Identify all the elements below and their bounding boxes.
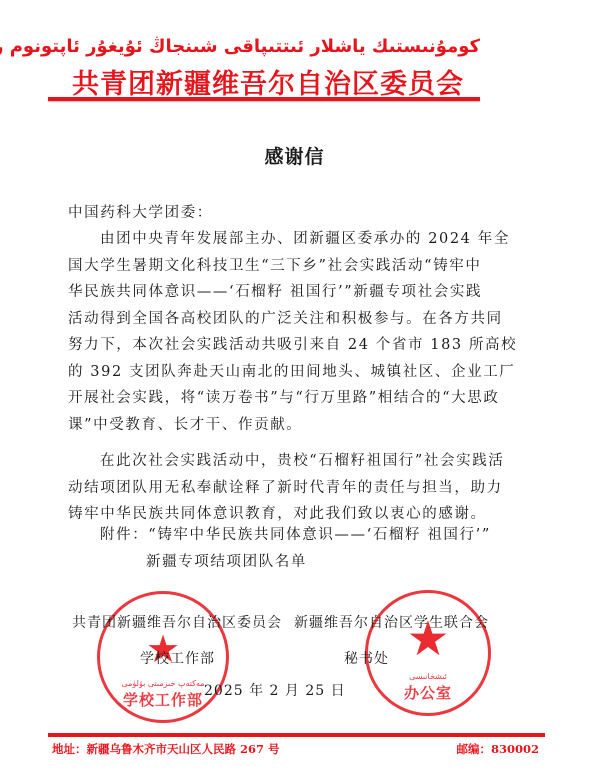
signer-right-dept: 秘书处 — [344, 648, 389, 668]
paragraph-line: 活动得到全国各高校团队的广泛关注和积极参与。在各方共同 — [68, 306, 468, 333]
signer-right-org: 新疆维吾尔自治区学生联合会 — [294, 612, 489, 632]
attachment-line: 附件：“铸牢中华民族共同体意识——‘石榴籽 祖国行’” — [68, 522, 468, 549]
paragraph-line: 动结项团队用无私奉献诠释了新时代青年的责任与担当，助力 — [68, 475, 468, 502]
paragraph-line: 国大学生暑期文化科技卫生“三下乡”社会实践活动“铸牢中 — [68, 253, 468, 280]
letterhead-chinese-title: 共青团新疆维吾尔自治区委员会 — [58, 62, 478, 101]
signer-left-dept: 学校工作部 — [140, 648, 215, 668]
paragraph-line: 课”中受教育、长才干、作贡献。 — [68, 412, 468, 439]
letter-date: 2025 年 2 月 25 日 — [204, 680, 346, 700]
paragraph-line: 由团中央青年发展部主办、团新疆区委承办的 2024 年全 — [68, 226, 468, 253]
footer-divider — [48, 733, 545, 737]
letterhead-divider — [48, 97, 480, 101]
letterhead-uyghur-title: كومۇنىستىك ياشلار ئىتتىپاقى شىنجاڭ ئۇيغۇ… — [60, 36, 480, 57]
paragraph-line: 努力下，本次社会实践活动共吸引来自 24 个省市 183 所高校 — [68, 332, 468, 359]
footer-postcode: 邮编：830002 — [456, 741, 539, 757]
attachment-line: 新疆专项结项团队名单 — [68, 549, 468, 576]
stamp-uyghur-text: ئىشخانىسى — [368, 672, 488, 681]
letter-title: 感谢信 — [0, 142, 589, 169]
paragraph-line: 开展社会实践，将“读万卷书”与“行万里路”相结合的“大思政 — [68, 385, 468, 412]
salutation: 中国药科大学团委： — [68, 200, 468, 227]
paragraph-2: 在此次社会实践活动中，贵校“石榴籽祖国行”社会实践活 动结项团队用无私奉献诠释了… — [68, 448, 468, 528]
attachment: 附件：“铸牢中华民族共同体意识——‘石榴籽 祖国行’” 新疆专项结项团队名单 — [68, 522, 468, 575]
paragraph-1: 由团中央青年发展部主办、团新疆区委承办的 2024 年全 国大学生暑期文化科技卫… — [68, 226, 468, 438]
stamp-text: 办公室 — [368, 682, 488, 703]
signer-left-org: 共青团新疆维吾尔自治区委员会 — [72, 612, 282, 632]
paragraph-line: 的 392 支团队奔赴天山南北的田间地头、城镇社区、企业工厂 — [68, 359, 468, 386]
paragraph-line: 华民族共同体意识——‘石榴籽 祖国行’”新疆专项社会实践 — [68, 279, 468, 306]
paragraph-line: 在此次社会实践活动中，贵校“石榴籽祖国行”社会实践活 — [68, 448, 468, 475]
footer-address: 地址：新疆乌鲁木齐市天山区人民路 267 号 — [52, 741, 280, 757]
